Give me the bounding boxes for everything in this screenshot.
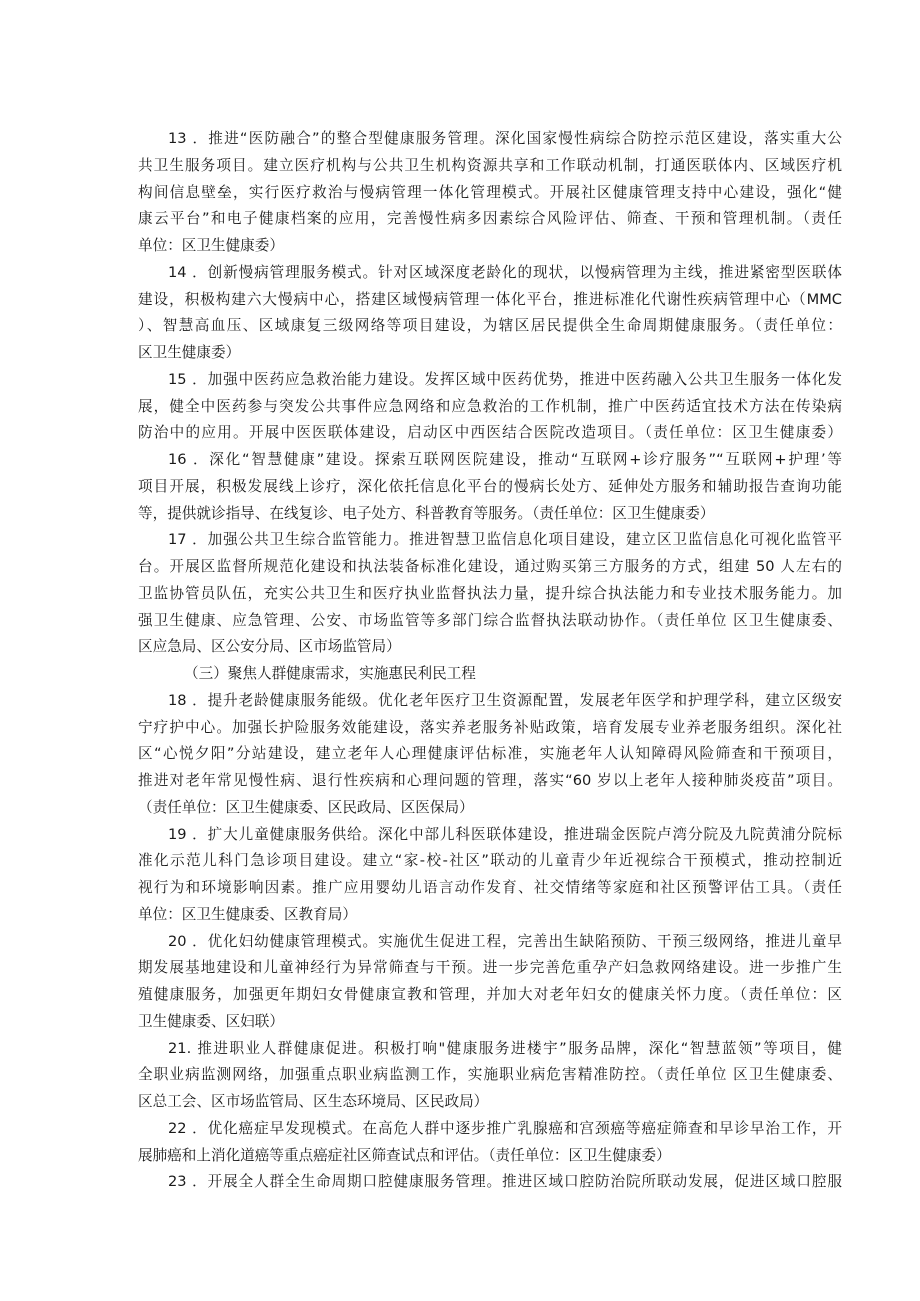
paragraph-item-14: 14 ．创新慢病管理服务模式。针对区域深度老龄化的现状，以慢病管理为主线，推进紧… xyxy=(138,260,842,367)
text-line: 区应急局、区公安分局、区市场监管局） xyxy=(138,634,842,661)
paragraph-item-22: 22 ．优化癌症早发现模式。在高危人群中逐步推广乳腺癌和宫颈癌等癌症筛查和早诊早… xyxy=(138,1116,842,1170)
text-line: （责任单位：区卫生健康委、区民政局、区医保局） xyxy=(138,795,842,822)
text-line: 16 ．深化“智慧健康”建设。探索互联网医院建设，推动“互联网+诊疗服务”“互联… xyxy=(138,447,842,474)
text-line: 20 ．优化妇幼健康管理模式。实施优生促进工程，完善出生缺陷预防、干预三级网络，… xyxy=(138,929,842,956)
text-line: 康云平台”和电子健康档案的应用，完善慢性病多因素综合风险评估、筛查、干预和管理机… xyxy=(138,206,842,233)
text-line: 区总工会、区市场监管局、区生态环境局、区民政局） xyxy=(138,1089,842,1116)
document-page: 13 ．推进“医防融合”的整合型健康服务管理。深化国家慢性病综合防控示范区建设，… xyxy=(138,126,842,1196)
text-line: 全职业病监测网络，加强重点职业病监测工作，实施职业病危害精准防控。（责任单位 区… xyxy=(138,1062,842,1089)
text-line: 准化示范儿科门急诊项目建设。建立“家-校-社区”联动的儿童青少年近视综合干预模式… xyxy=(138,848,842,875)
text-line: 防治中的应用。开展中医医联体建设，启动区中西医结合医院改造项目。（责任单位：区卫… xyxy=(138,420,842,447)
text-line: 台。开展区监督所规范化建设和执法装备标准化建设，通过购买第三方服务的方式，组建 … xyxy=(138,554,842,581)
paragraph-item-16: 16 ．深化“智慧健康”建设。探索互联网医院建设，推动“互联网+诊疗服务”“互联… xyxy=(138,447,842,527)
paragraph-item-15: 15 ．加强中医药应急救治能力建设。发挥区域中医药优势，推进中医药融入公共卫生服… xyxy=(138,367,842,447)
text-line: 展，健全中医药参与突发公共事件应急网络和应急救治的工作机制，推广中医药适宜技术方… xyxy=(138,394,842,421)
text-line: 卫生健康委、区妇联） xyxy=(138,1009,842,1036)
text-line: 单位：区卫生健康委） xyxy=(138,233,842,260)
text-line: 建设，积极构建六大慢病中心，搭建区域慢病管理一体化平台，推进标准化代谢性疾病管理… xyxy=(138,287,842,314)
text-line: 区卫生健康委） xyxy=(138,340,842,367)
paragraph-item-21: 21. 推进职业人群健康促进。积极打响"健康服务进楼宇”服务品牌，深化“智慧蓝领… xyxy=(138,1036,842,1116)
text-line: 13 ．推进“医防融合”的整合型健康服务管理。深化国家慢性病综合防控示范区建设，… xyxy=(138,126,842,153)
text-line: 22 ．优化癌症早发现模式。在高危人群中逐步推广乳腺癌和宫颈癌等癌症筛查和早诊早… xyxy=(138,1116,842,1143)
text-line: 展肺癌和上消化道癌等重点癌症社区筛查试点和评估。（责任单位：区卫生健康委） xyxy=(138,1143,842,1170)
text-line: 等，提供就诊指导、在线复诊、电子处方、科普教育等服务。（责任单位：区卫生健康委） xyxy=(138,501,842,528)
paragraph-item-19: 19 ．扩大儿童健康服务供给。深化中部儿科医联体建设，推进瑞金医院卢湾分院及九院… xyxy=(138,822,842,929)
text-line: 推进对老年常见慢性病、退行性疾病和心理问题的管理，落实“60 岁以上老年人接种肺… xyxy=(138,768,842,795)
text-line: 宁疗护中心。加强长护险服务效能建设，落实养老服务补贴政策，培育发展专业养老服务组… xyxy=(138,715,842,742)
text-line: 构间信息壁垒，实行医疗救治与慢病管理一体化管理模式。开展社区健康管理支持中心建设… xyxy=(138,180,842,207)
paragraph-item-17: 17 ．加强公共卫生综合监管能力。推进智慧卫监信息化项目建设，建立区卫监信息化可… xyxy=(138,527,842,661)
paragraph-item-23: 23 ．开展全人群全生命周期口腔健康服务管理。推进区域口腔防治院所联动发展，促进… xyxy=(138,1169,842,1196)
section-heading: （三）聚焦人群健康需求，实施惠民利民工程 xyxy=(138,661,842,688)
text-line: 23 ．开展全人群全生命周期口腔健康服务管理。推进区域口腔防治院所联动发展，促进… xyxy=(138,1169,842,1196)
paragraph-item-20: 20 ．优化妇幼健康管理模式。实施优生促进工程，完善出生缺陷预防、干预三级网络，… xyxy=(138,929,842,1036)
text-line: 单位：区卫生健康委、区教育局） xyxy=(138,902,842,929)
text-line: 21. 推进职业人群健康促进。积极打响"健康服务进楼宇”服务品牌，深化“智慧蓝领… xyxy=(138,1036,842,1063)
paragraph-item-18: 18 ．提升老龄健康服务能级。优化老年医疗卫生资源配置，发展老年医学和护理学科，… xyxy=(138,688,842,822)
text-line: 17 ．加强公共卫生综合监管能力。推进智慧卫监信息化项目建设，建立区卫监信息化可… xyxy=(138,527,842,554)
text-line: ）、智慧高血压、区域康复三级网络等项目建设，为辖区居民提供全生命周期健康服务。（… xyxy=(138,313,842,340)
text-line: 期发展基地建设和儿童神经行为异常筛查与干预。进一步完善危重孕产妇急救网络建设。进… xyxy=(138,955,842,982)
text-line: 14 ．创新慢病管理服务模式。针对区域深度老龄化的现状，以慢病管理为主线，推进紧… xyxy=(138,260,842,287)
text-line: 项目开展，积极发展线上诊疗，深化依托信息化平台的慢病长处方、延伸处方服务和辅助报… xyxy=(138,474,842,501)
text-line: 18 ．提升老龄健康服务能级。优化老年医疗卫生资源配置，发展老年医学和护理学科，… xyxy=(138,688,842,715)
text-line: 强卫生健康、应急管理、公安、市场监管等多部门综合监督执法联动协作。（责任单位 区… xyxy=(138,608,842,635)
text-line: 共卫生服务项目。建立医疗机构与公共卫生机构资源共享和工作联动机制，打通医联体内、… xyxy=(138,153,842,180)
paragraph-item-13: 13 ．推进“医防融合”的整合型健康服务管理。深化国家慢性病综合防控示范区建设，… xyxy=(138,126,842,260)
text-line: 卫监协管员队伍，充实公共卫生和医疗执业监督执法力量，提升综合执法能力和专业技术服… xyxy=(138,581,842,608)
text-line: 15 ．加强中医药应急救治能力建设。发挥区域中医药优势，推进中医药融入公共卫生服… xyxy=(138,367,842,394)
text-line: 殖健康服务，加强更年期妇女骨健康宣教和管理，并加大对老年妇女的健康关怀力度。（责… xyxy=(138,982,842,1009)
text-line: 19 ．扩大儿童健康服务供给。深化中部儿科医联体建设，推进瑞金医院卢湾分院及九院… xyxy=(138,822,842,849)
text-line: 视行为和环境影响因素。推广应用婴幼儿语言动作发育、社交情绪等家庭和社区预警评估工… xyxy=(138,875,842,902)
text-line: 区“心悦夕阳”分站建设，建立老年人心理健康评估标准，实施老年人认知障碍风险筛查和… xyxy=(138,741,842,768)
